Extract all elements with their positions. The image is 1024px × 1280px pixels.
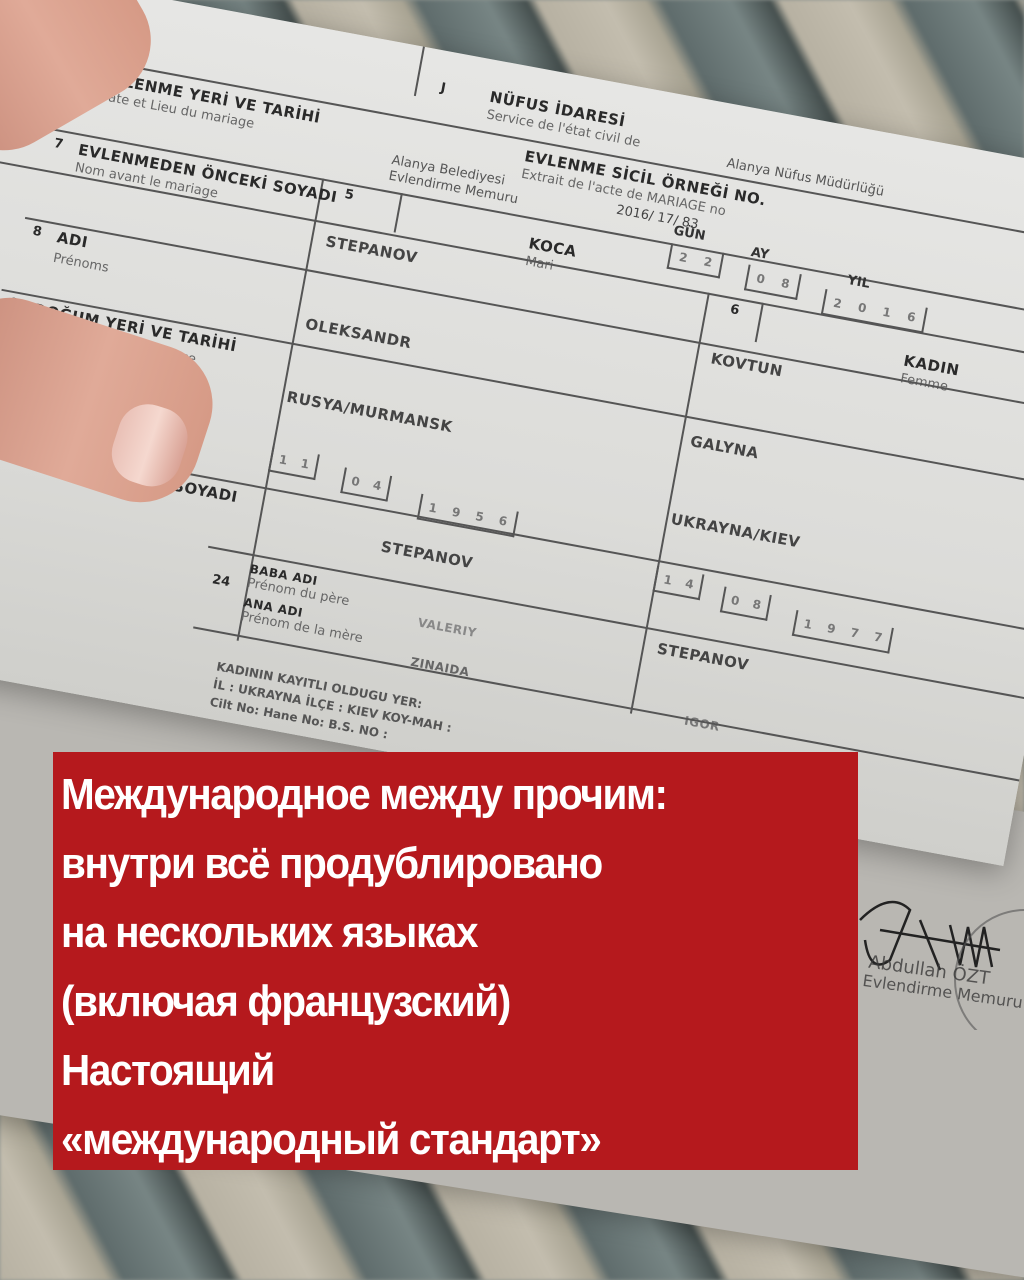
- marriage-year-box: 2016: [821, 289, 928, 334]
- husband-first-name: OLEKSANDR: [304, 315, 413, 352]
- marriage-month-label: AY: [750, 245, 771, 263]
- wife-birth-month-box: 08: [720, 587, 772, 621]
- husband-birth-place: RUSYA/MURMANSK: [285, 388, 454, 436]
- caption-line: Настоящий: [61, 1036, 794, 1105]
- husband-surname-after: STEPANOV: [380, 537, 475, 572]
- wife-birth-day-box: 14: [653, 566, 705, 600]
- marriage-year-label: YIL: [846, 273, 871, 292]
- caption-overlay: Международное между прочим: внутри всё п…: [53, 752, 858, 1170]
- wife-surname-before: KOVTUN: [709, 349, 784, 380]
- caption-line: на нескольких языках: [61, 898, 794, 967]
- row-label-first-name: ADI: [55, 228, 89, 251]
- back-sheet-label: LIŞ TA: [0, 752, 1, 781]
- row-num: 8: [31, 224, 43, 240]
- caption-line: Международное между прочим:: [61, 760, 794, 829]
- husband-father-name: VALERIY: [417, 615, 478, 640]
- wife-birth-place: UKRAYNA/KIEV: [669, 510, 801, 552]
- wife-birth-year-box: 1977: [792, 610, 894, 654]
- fingernail: [104, 396, 195, 494]
- marriage-day-label: GÜN: [672, 223, 706, 244]
- marriage-month-box: 08: [744, 265, 802, 300]
- husband-col-num: 5: [343, 187, 355, 203]
- row-num: 24: [211, 572, 232, 590]
- row-num: 7: [53, 136, 65, 152]
- marriage-day-box: 22: [667, 243, 725, 278]
- row-fr-first-name: Prénoms: [52, 251, 110, 276]
- header-field-num: J: [439, 81, 446, 97]
- wife-col-num: 6: [729, 302, 741, 318]
- caption-line: внутри всё продублировано: [61, 829, 794, 898]
- official-signature: Abdullah ÖZT Evlendirme Memuru: [850, 880, 1024, 1030]
- wife-first-name: GALYNA: [689, 432, 760, 462]
- caption-line: (включая французский): [61, 967, 794, 1036]
- husband-birth-day-box: 11: [268, 446, 320, 480]
- caption-line: «международный стандарт»: [61, 1105, 794, 1174]
- husband-birth-month-box: 04: [340, 467, 392, 501]
